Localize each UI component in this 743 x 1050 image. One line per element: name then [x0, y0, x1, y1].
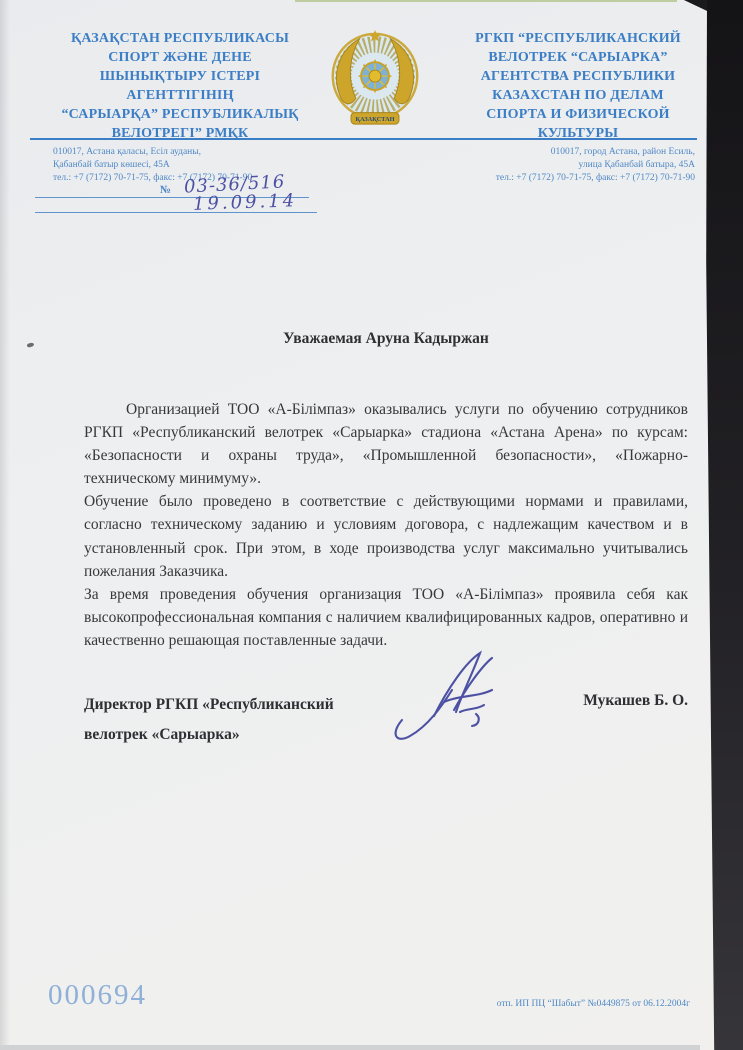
- org-line: СПОРТ ЖӘНЕ ДЕНЕ: [30, 48, 330, 67]
- scan-top-edge-line: [295, 0, 677, 2]
- kazakhstan-coat-of-arms-icon: ҚАЗАҚСТАН: [327, 28, 423, 130]
- org-line: ВЕЛОТРЕГІ” РМҚК: [30, 124, 330, 143]
- letter-body: Организацией ТОО «А-Білімпаз» оказывалис…: [84, 398, 688, 652]
- org-line: ШЫНЫҚТЫРУ ІСТЕРІ: [30, 67, 330, 86]
- signer-title-line: велотрек «Сарыарка»: [84, 720, 334, 750]
- print-shop-info: отп. ИП ПЦ “Шабыт” №0449875 от 06.12.200…: [497, 999, 690, 1009]
- letterhead-divider: [30, 138, 697, 140]
- org-line: “САРЫАРҚА” РЕСПУБЛИКАЛЫҚ: [30, 105, 330, 124]
- signer-name: Мукашев Б. О.: [583, 692, 688, 710]
- address-line: 010017, город Астана, район Есиль,: [496, 146, 695, 159]
- org-line: КАЗАХСТАН ПО ДЕЛАМ: [440, 86, 716, 105]
- handwritten-doc-date: 19.09.14: [193, 190, 298, 215]
- address-russian: 010017, город Астана, район Есиль, улица…: [496, 146, 695, 185]
- date-underline: [35, 212, 317, 213]
- org-line: РГКП “РЕСПУБЛИКАНСКИЙ: [440, 29, 716, 48]
- scan-speck: [27, 342, 35, 348]
- address-line: улица Қабанбай батыра, 45А: [496, 159, 695, 172]
- org-line: ҚАЗАҚСТАН РЕСПУБЛИКАСЫ: [30, 29, 330, 48]
- paragraph: Организацией ТОО «А-Білімпаз» оказывалис…: [84, 398, 688, 490]
- org-line: АГЕНТТІГІНІҢ: [30, 86, 330, 105]
- scan-bottom-edge: [0, 1045, 700, 1050]
- handwritten-signature: [388, 650, 518, 745]
- greeting: Уважаемая Аруна Кадыржан: [84, 330, 688, 348]
- signer-title: Директор РГКП «Республиканский велотрек …: [84, 690, 334, 750]
- scan-left-shadow: [0, 0, 10, 1050]
- address-line: тел.: +7 (7172) 70-71-75, факс: +7 (7172…: [496, 172, 695, 185]
- org-line: СПОРТА И ФИЗИЧЕСКОЙ: [440, 105, 716, 124]
- org-name-kazakh: ҚАЗАҚСТАН РЕСПУБЛИКАСЫ СПОРТ ЖӘНЕ ДЕНЕ Ш…: [30, 29, 330, 143]
- scan-right-dark-band: [703, 0, 743, 1050]
- scanned-letter: ҚАЗАҚСТАН РЕСПУБЛИКАСЫ СПОРТ ЖӘНЕ ДЕНЕ Ш…: [0, 0, 743, 1050]
- address-line: 010017, Астана қаласы, Есіл ауданы,: [53, 146, 252, 159]
- paragraph: Обучение было проведено в соответствие с…: [84, 490, 688, 582]
- number-label: №: [160, 184, 171, 196]
- address-line: Қабанбай батыр көшесі, 45А: [53, 159, 252, 172]
- org-line: АГЕНТСТВА РЕСПУБЛИКИ: [440, 67, 716, 86]
- form-number: 000694: [48, 979, 147, 1012]
- org-name-russian: РГКП “РЕСПУБЛИКАНСКИЙ ВЕЛОТРЕК “САРЫАРКА…: [440, 29, 716, 143]
- signer-title-line: Директор РГКП «Республиканский: [84, 690, 334, 720]
- emblem-caption: ҚАЗАҚСТАН: [356, 116, 395, 123]
- paragraph: За время проведения обучения организация…: [84, 583, 688, 652]
- org-line: КУЛЬТУРЫ: [440, 124, 716, 143]
- org-line: ВЕЛОТРЕК “САРЫАРКА”: [440, 48, 716, 67]
